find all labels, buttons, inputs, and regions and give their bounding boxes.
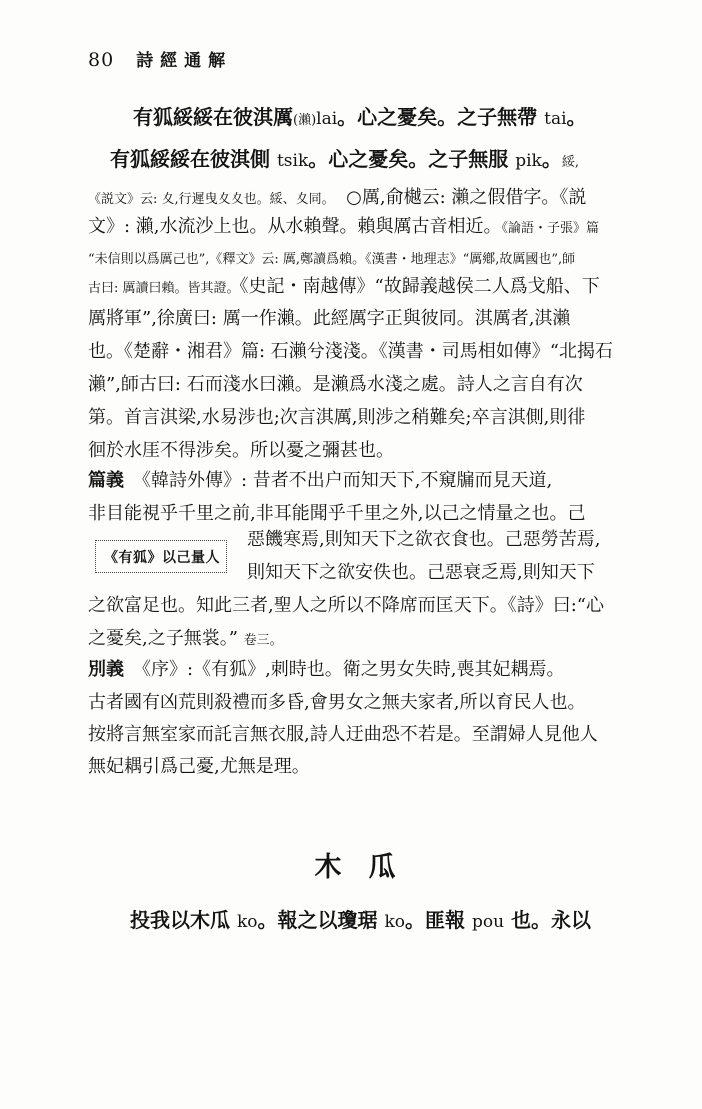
commentary-line: 古曰: 厲讀曰賴。皆其證。《史記・南越傳》“故歸義越侯二人爲戈船、下 — [88, 276, 600, 299]
text-segment: 古曰: 厲讀曰賴。皆其證。 — [88, 281, 240, 296]
scanned-book-page: 80 詩經通解 有狐綏綏在彼淇厲(瀨)lai。心之憂矣。之子無帶 tai。有狐綏… — [0, 0, 702, 1109]
text-segment: 也。永以 — [504, 908, 591, 932]
romanization: pou — [472, 912, 504, 932]
commentary-line: 無妃耦引爲己憂,尤無是理。 — [88, 756, 310, 779]
text-segment: 之欲富足也。知此三者,聖人之所以不降席而匡天下。《詩》曰:“心 — [88, 595, 604, 616]
text-segment: 卷三。 — [244, 633, 283, 648]
text-segment: 。心之憂矣。之子無服 — [308, 147, 515, 171]
text-segment: 古者國有凶荒則殺禮而多昏,會男女之無夫家者,所以育民人也。 — [88, 692, 585, 713]
text-segment: 按將言無室家而託言無衣服,詩人迂曲恐不若是。至謂婦人見他人 — [88, 724, 598, 745]
text-segment: 有狐綏綏在彼淇側 — [110, 147, 277, 171]
text-segment: 。匪報 — [405, 908, 472, 932]
commentary-line: 按將言無室家而託言無衣服,詩人迂曲恐不若是。至謂婦人見他人 — [88, 724, 598, 747]
text-segment: “未信則以爲厲己也”,《釋文》云: 厲,鄭讀爲賴。《漢書・地理志》“厲鄕,故厲國… — [88, 252, 575, 267]
commentary-line: 之憂矣,之子無裳。” 卷三。 — [88, 628, 283, 651]
verse-line: 有狐綏綏在彼淇側 tsik。心之憂矣。之子無服 pik。綏, — [110, 147, 579, 172]
romanization: lai — [316, 109, 337, 129]
romanization: ko — [384, 912, 405, 932]
text-segment: 篇義 — [88, 470, 124, 491]
commentary-line: 厲將軍”,徐廣曰: 厲一作瀨。此經厲字正與彼同。淇厲者,淇瀨 — [88, 308, 570, 331]
commentary-line: 篇義 《韓詩外傳》: 昔者不出户而知天下,不窺牖而見天道, — [88, 470, 552, 493]
commentary-line: “未信則以爲厲己也”,《釋文》云: 厲,鄭讀爲賴。《漢書・地理志》“厲鄕,故厲國… — [88, 248, 575, 268]
text-segment: 《論語・子張》篇 — [502, 221, 600, 236]
margin-note: 《有狐》以己量人 — [104, 547, 220, 567]
text-segment: 有狐綏綏在彼淇厲 — [133, 105, 293, 129]
text-segment: 《説文》云: 夊,行遲曳夊夊也。綏、夊同。 — [88, 192, 328, 207]
text-segment: 投我以木瓜 — [130, 908, 237, 932]
text-segment: 之憂矣,之子無裳。” — [88, 628, 244, 649]
text-segment: 第。首言淇梁,水易涉也;次言淇厲,則涉之稍難矣;卒言淇側,則徘 — [88, 407, 585, 428]
text-segment: 厲將軍”,徐廣曰: 厲一作瀨。此經厲字正與彼同。淇厲者,淇瀨 — [88, 308, 570, 329]
text-segment: 《韓詩外傳》: 昔者不出户而知天下,不窺牖而見天道, — [124, 470, 552, 491]
text-segment: ○厲,俞樾云: 瀨之假借字。《説 — [328, 187, 586, 208]
text-segment: 別義 — [88, 659, 124, 680]
commentary-line: 之欲富足也。知此三者,聖人之所以不降席而匡天下。《詩》曰:“心 — [88, 595, 604, 618]
text-segment: (瀨) — [293, 113, 316, 128]
romanization: tsik — [277, 151, 308, 171]
commentary-line: 《説文》云: 夊,行遲曳夊夊也。綏、夊同。 ○厲,俞樾云: 瀨之假借字。《説 — [88, 187, 586, 210]
text-segment: 徊於水厓不得涉矣。所以憂之彌甚也。 — [88, 440, 394, 461]
text-segment: 也。《楚辭・湘君》篇: 石瀨兮淺淺。《漢書・司馬相如傳》“北揭石 — [88, 341, 613, 362]
commentary-line: 別義 《序》:《有狐》,刺時也。衛之男女失時,喪其妃耦焉。 — [88, 659, 565, 682]
text-segment: 《序》:《有狐》,刺時也。衛之男女失時,喪其妃耦焉。 — [124, 659, 565, 680]
romanization: tai — [544, 109, 566, 129]
commentary-line: 文》: 瀨,水流沙上也。从水賴聲。賴與厲古音相近。《論語・子張》篇 — [88, 216, 599, 239]
commentary-line: 也。《楚辭・湘君》篇: 石瀨兮淺淺。《漢書・司馬相如傳》“北揭石 — [88, 341, 613, 364]
text-segment: 。 — [567, 105, 587, 129]
commentary-line: 非目能視乎千里之前,非耳能聞乎千里之外,以己之情量之也。己 — [88, 503, 585, 526]
text-segment: 非目能視乎千里之前,非耳能聞乎千里之外,以己之情量之也。己 — [88, 503, 585, 524]
section-title-mugua: 木 瓜 — [88, 845, 622, 884]
commentary-line: 則知天下之欲安佚也。己惡衰乏焉,則知天下 — [247, 562, 595, 585]
text-segment: 瀨”,師古曰: 石而淺水曰瀨。是瀨爲水淺之處。詩人之言自有次 — [88, 374, 583, 395]
commentary-line: 徊於水厓不得涉矣。所以憂之彌甚也。 — [88, 440, 394, 463]
text-segment: 。報之以瓊琚 — [258, 908, 385, 932]
commentary-line: 惡饑寒焉,則知天下之欲衣食也。己惡勞苦焉, — [247, 529, 600, 552]
margin-note-box: 《有狐》以己量人 — [95, 540, 227, 573]
romanization: pik — [515, 151, 542, 171]
verse-line: 投我以木瓜 ko。報之以瓊琚 ko。匪報 pou 也。永以 — [130, 908, 591, 933]
text-segment: 《史記・南越傳》“故歸義越侯二人爲戈船、下 — [240, 276, 600, 297]
text-segment: 文》: 瀨,水流沙上也。从水賴聲。賴與厲古音相近。 — [88, 216, 502, 237]
text-segment: 綏, — [562, 155, 579, 170]
text-segment: 。心之憂矣。之子無帶 — [337, 105, 544, 129]
commentary-line: 古者國有凶荒則殺禮而多昏,會男女之無夫家者,所以育民人也。 — [88, 692, 585, 715]
commentary-line: 第。首言淇梁,水易涉也;次言淇厲,則涉之稍難矣;卒言淇側,則徘 — [88, 407, 585, 430]
text-segment: 。 — [542, 147, 562, 171]
verse-line: 有狐綏綏在彼淇厲(瀨)lai。心之憂矣。之子無帶 tai。 — [133, 105, 587, 130]
text-segment: 則知天下之欲安佚也。己惡衰乏焉,則知天下 — [247, 562, 595, 583]
commentary-line: 瀨”,師古曰: 石而淺水曰瀨。是瀨爲水淺之處。詩人之言自有次 — [88, 374, 583, 397]
text-segment: 無妃耦引爲己憂,尤無是理。 — [88, 756, 310, 777]
romanization: ko — [237, 912, 258, 932]
text-segment: 惡饑寒焉,則知天下之欲衣食也。己惡勞苦焉, — [247, 529, 600, 550]
